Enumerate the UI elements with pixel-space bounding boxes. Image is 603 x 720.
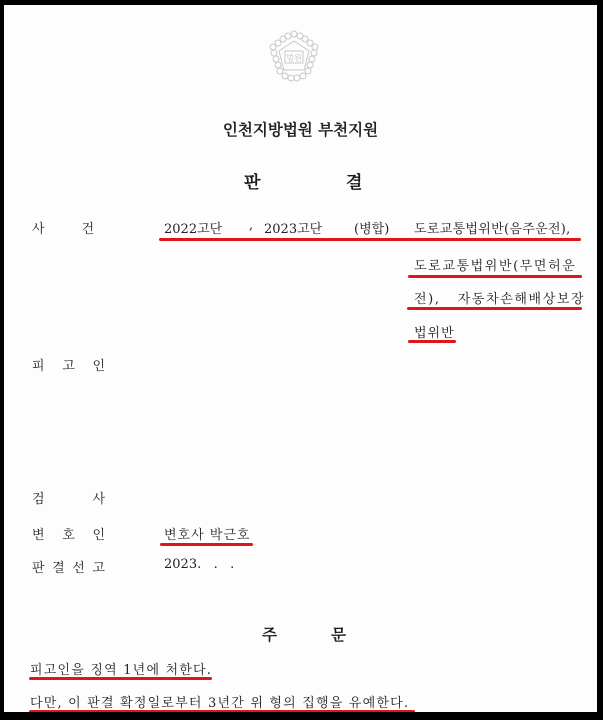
case-separator: , <box>249 218 253 233</box>
highlight-underline <box>408 275 582 278</box>
order-heading-left: 주 <box>262 623 277 645</box>
case-merged: (병합) <box>354 218 389 237</box>
order-heading-right: 문 <box>331 623 346 645</box>
highlight-underline <box>160 543 253 546</box>
judgment-document-page: 법원 인천지방법원 부천지원 판 결 사 건 2022고단 , 2023고단 (… <box>4 5 597 712</box>
highlight-underline <box>408 340 456 343</box>
order-line-1: 피고인을 징역 1년에 처한다. <box>30 659 212 678</box>
doc-title-left: 판 <box>244 168 260 193</box>
highlight-underline <box>407 307 582 310</box>
highlight-underline <box>29 677 212 680</box>
case-charge-line-2: 도로교통법위반(무면허운 <box>414 255 576 274</box>
case-number-2: 2023고단 <box>264 218 322 237</box>
verdict-date-value: 2023. . . <box>164 557 234 572</box>
case-number-1: 2022고단 <box>164 218 222 237</box>
case-charge-line-4: 법위반 <box>414 322 455 341</box>
highlight-underline <box>29 710 415 712</box>
counsel-label: 변 호 인 <box>32 524 105 543</box>
case-charge-line-3: 전), 자동차손해배상보장 <box>414 288 585 307</box>
doc-title-right: 결 <box>346 168 362 193</box>
court-name: 인천지방법원 부천지원 <box>4 118 597 140</box>
svg-text:법원: 법원 <box>286 53 301 63</box>
prosecutor-label: 검 사 <box>32 488 105 507</box>
order-line-2: 다만, 이 판결 확정일로부터 3년간 위 형의 집행을 유예한다. <box>30 692 409 711</box>
defendant-label: 피 고 인 <box>32 355 105 374</box>
case-label: 사 건 <box>32 218 94 237</box>
court-seal-icon: 법원 <box>267 29 321 83</box>
case-charge-line-1: 도로교통법위반(음주운전), <box>414 218 571 237</box>
verdict-date-label: 판 결 선 고 <box>32 557 105 576</box>
highlight-underline <box>159 238 581 241</box>
counsel-value: 변호사 박근호 <box>164 524 250 543</box>
